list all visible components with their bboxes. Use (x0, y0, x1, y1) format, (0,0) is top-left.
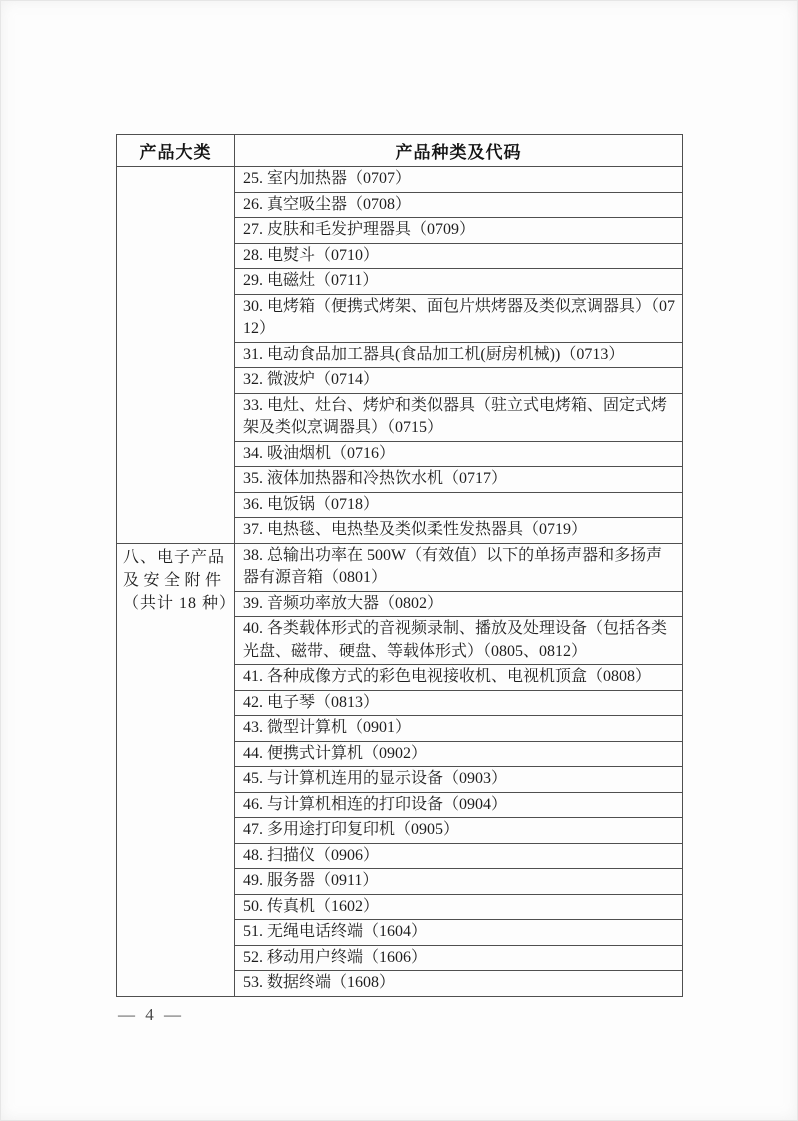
product-item: 29. 电磁灶（0711） (235, 269, 683, 295)
product-item: 37. 电热毯、电热垫及类似柔性发热器具（0719） (235, 518, 683, 544)
product-item: 43. 微型计算机（0901） (235, 716, 683, 742)
product-item: 53. 数据终端（1608） (235, 971, 683, 997)
product-item: 36. 电饭锅（0718） (235, 492, 683, 518)
table-header: 产品大类 产品种类及代码 (117, 135, 683, 167)
product-item: 35. 液体加热器和冷热饮水机（0717） (235, 467, 683, 493)
document-page: 产品大类 产品种类及代码 25. 室内加热器（0707）26. 真空吸尘器（07… (0, 0, 798, 1121)
product-item: 32. 微波炉（0714） (235, 368, 683, 394)
product-item: 34. 吸油烟机（0716） (235, 441, 683, 467)
column-header-category: 产品大类 (117, 135, 235, 167)
table-row: 25. 室内加热器（0707） (117, 167, 683, 193)
page-number: — 4 — (118, 1005, 184, 1025)
product-item: 40. 各类载体形式的音视频录制、播放及处理设备（包括各类光盘、磁带、硬盘、等载… (235, 617, 683, 665)
product-item: 49. 服务器（0911） (235, 869, 683, 895)
product-category-table: 产品大类 产品种类及代码 25. 室内加热器（0707）26. 真空吸尘器（07… (116, 134, 683, 997)
product-item: 47. 多用途打印复印机（0905） (235, 818, 683, 844)
product-item: 50. 传真机（1602） (235, 894, 683, 920)
category-line: （共计 18 种） (123, 592, 230, 615)
product-item: 46. 与计算机相连的打印设备（0904） (235, 792, 683, 818)
category-cell (117, 167, 235, 544)
table-header-row: 产品大类 产品种类及代码 (117, 135, 683, 167)
column-header-types-codes: 产品种类及代码 (235, 135, 683, 167)
product-item: 42. 电子琴（0813） (235, 690, 683, 716)
product-item: 28. 电熨斗（0710） (235, 243, 683, 269)
product-item: 30. 电烤箱（便携式烤架、面包片烘烤器及类似烹调器具）（0712） (235, 294, 683, 342)
product-item: 48. 扫描仪（0906） (235, 843, 683, 869)
product-item: 25. 室内加热器（0707） (235, 167, 683, 193)
product-item: 33. 电灶、灶台、烤炉和类似器具（驻立式电烤箱、固定式烤架及类似烹调器具）（0… (235, 393, 683, 441)
product-item: 51. 无绳电话终端（1604） (235, 920, 683, 946)
product-item: 52. 移动用户终端（1606） (235, 945, 683, 971)
product-item: 38. 总输出功率在 500W（有效值）以下的单扬声器和多扬声器有源音箱（080… (235, 543, 683, 591)
product-item: 45. 与计算机连用的显示设备（0903） (235, 767, 683, 793)
product-item: 26. 真空吸尘器（0708） (235, 192, 683, 218)
product-item: 31. 电动食品加工器具(食品加工机(厨房机械))（0713） (235, 342, 683, 368)
product-item: 27. 皮肤和毛发护理器具（0709） (235, 218, 683, 244)
table-row: 八、电子产品及安全附件（共计 18 种）38. 总输出功率在 500W（有效值）… (117, 543, 683, 591)
table-body: 25. 室内加热器（0707）26. 真空吸尘器（0708）27. 皮肤和毛发护… (117, 167, 683, 997)
category-line: 八、电子产品 (123, 546, 230, 569)
category-line: 及安全附件 (123, 569, 230, 592)
product-item: 39. 音频功率放大器（0802） (235, 591, 683, 617)
product-item: 41. 各种成像方式的彩色电视接收机、电视机顶盒（0808） (235, 665, 683, 691)
product-item: 44. 便携式计算机（0902） (235, 741, 683, 767)
category-cell: 八、电子产品及安全附件（共计 18 种） (117, 543, 235, 996)
